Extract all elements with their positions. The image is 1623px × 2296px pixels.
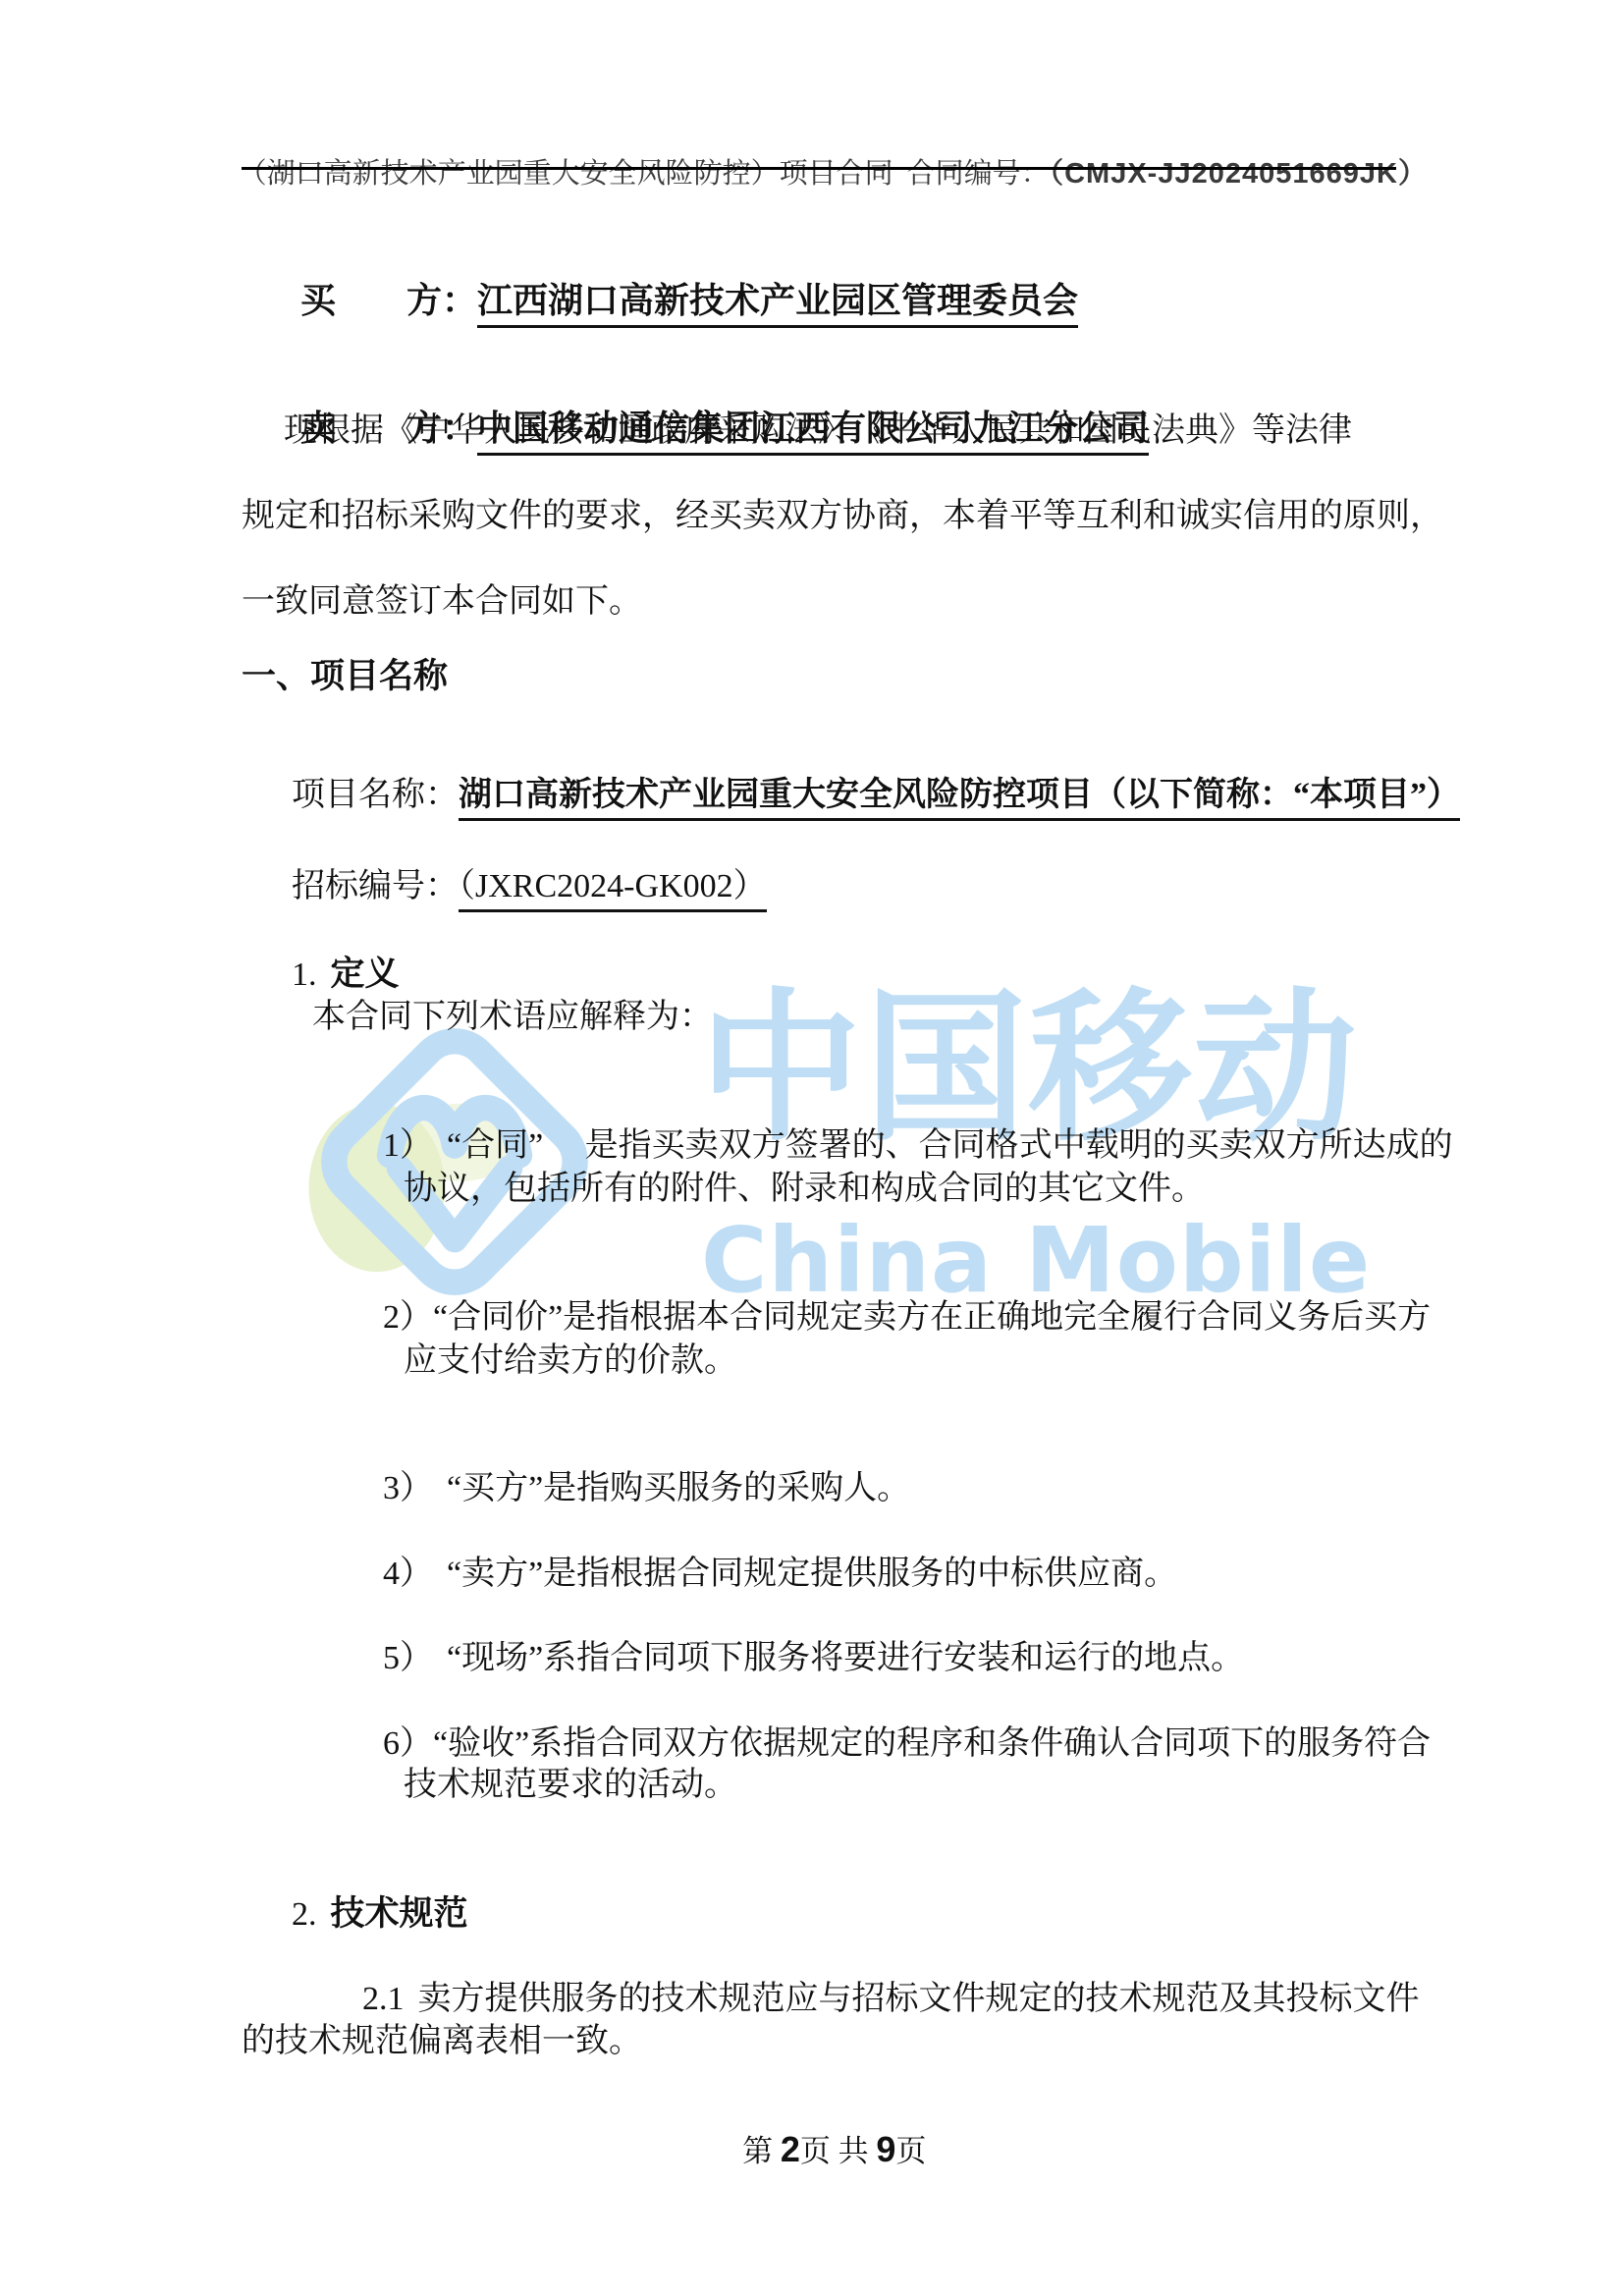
preamble-line-2: 规定和招标采购文件的要求，经买卖双方协商，本着平等互利和诚实信用的原则， xyxy=(242,495,1443,538)
section-heading-project: 一、项目名称 xyxy=(242,655,448,698)
definition-item-2-line-2: 应支付给卖方的价款。 xyxy=(404,1339,737,1383)
definitions-no: 1. xyxy=(292,957,317,993)
tender-no-value: （JXRC2024-GK002） xyxy=(459,868,767,912)
contract-no: （CMJX-JJ2024051669JK） xyxy=(1050,158,1428,190)
contract-page: 中国移动 China Mobile （湖口高新技术产业园重大安全风险防控）项目合… xyxy=(0,0,1623,2296)
item-no: 3） xyxy=(383,1470,433,1506)
preamble-line-1: 现根据《中华人民共和国政府采购法》、《中华人民共和国民法典》等法律 xyxy=(284,410,1352,453)
item-no: 6） xyxy=(383,1725,433,1762)
tender-no-label: 招标编号： xyxy=(292,868,459,904)
contract-no-label: 合同编号： xyxy=(907,158,1050,190)
footer-page-unit: 页 xyxy=(800,2134,831,2168)
footer-total-pages: 9 xyxy=(876,2129,895,2169)
definitions-title: 定义 xyxy=(331,955,400,993)
item-no: 5） xyxy=(383,1640,433,1676)
definition-item-6-line-2: 技术规范要求的活动。 xyxy=(404,1764,737,1807)
buyer-line: 买 方：江西湖口高新技术产业园区管理委员会 xyxy=(247,236,1078,365)
item-no: 4） xyxy=(383,1556,433,1592)
footer-total-unit: 页 xyxy=(895,2134,926,2168)
item-no: 2） xyxy=(383,1299,433,1336)
footer-page-prefix: 第 xyxy=(742,2134,773,2168)
item-no: 1） xyxy=(383,1127,433,1164)
project-name-label: 项目名称： xyxy=(292,777,459,813)
page-header: （湖口高新技术产业园重大安全风险防控）项目合同 合同编号：（CMJX-JJ202… xyxy=(0,118,1623,230)
tech-clause-line-2: 的技术规范偏离表相一致。 xyxy=(242,2020,642,2063)
contract-body: （湖口高新技术产业园重大安全风险防控）项目合同 合同编号：（CMJX-JJ202… xyxy=(0,0,1623,2296)
tech-no: 2. xyxy=(292,1896,317,1933)
definitions-intro: 本合同下列术语应解释为： xyxy=(312,996,713,1039)
definition-item-1-line-2: 协议，包括所有的附件、附录和构成合同的其它文件。 xyxy=(404,1168,1205,1211)
buyer-name: 江西湖口高新技术产业园区管理委员会 xyxy=(477,281,1078,328)
page-footer: 第 2页 共 9页 xyxy=(0,2088,1623,2214)
preamble-line-3: 一致同意签订本合同如下。 xyxy=(242,580,642,624)
footer-total-prefix: 共 xyxy=(839,2134,869,2168)
project-name-value: 湖口高新技术产业园重大安全风险防控项目（以下简称：“本项目”） xyxy=(459,777,1460,821)
header-title: （湖口高新技术产业园重大安全风险防控）项目合同 xyxy=(239,158,893,190)
tech-title: 技术规范 xyxy=(331,1894,468,1933)
header-divider xyxy=(242,167,1396,170)
clause-no: 2.1 xyxy=(362,1981,405,2017)
footer-current-page: 2 xyxy=(781,2129,800,2169)
buyer-label: 买 方： xyxy=(300,281,477,320)
